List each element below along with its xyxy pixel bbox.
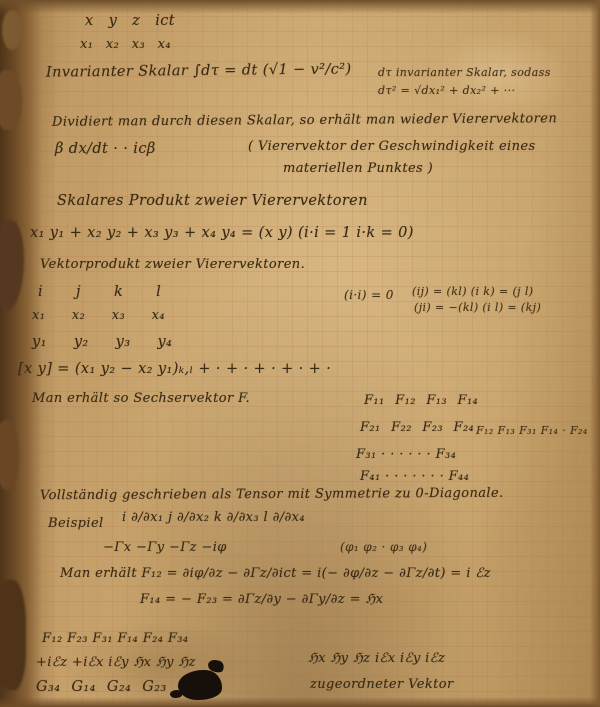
row-potential-components: −Γx −Γy −Γz −iφ bbox=[103, 540, 227, 555]
eq-differential-operators: i ∂/∂x₁ j ∂/∂x₂ k ∂/∂x₃ l ∂/∂x₄ bbox=[122, 510, 305, 525]
page-edge-top bbox=[0, 0, 600, 14]
line-beta-velocity: β dx/dt · · icβ bbox=[55, 141, 156, 157]
torn-edge-patch bbox=[0, 580, 26, 690]
note-four-velocity-2: materiellen Punktes ) bbox=[283, 161, 433, 176]
eq-f12: Man erhält F₁₂ = ∂iφ/∂z − ∂Γz/∂ict = i(−… bbox=[60, 566, 491, 581]
tensor-row-2-extra: F₁₂ F₁₃ F₃₁ F₁₄ · F₂₄ bbox=[476, 424, 588, 437]
line-coordinates-indexed: x₁ x₂ x₃ x₄ bbox=[80, 37, 171, 52]
side-note-invariant-1: dτ invarianter Skalar, sodass bbox=[378, 66, 551, 79]
line-divide-by-scalar: Dividiert man durch diesen Skalar, so er… bbox=[52, 111, 557, 130]
row-field-components: +iℰz +iℰx iℰy ℌx ℌy ℌz bbox=[36, 655, 196, 670]
rule-unit-product-2: (ij) = (kl) (i k) = (j l) bbox=[412, 285, 533, 298]
row-basis-units: i j k l bbox=[38, 284, 161, 300]
eq-bracket-product: [x y] = (x₁ y₂ − x₂ y₁)ₖ,ₗ + · + · + · +… bbox=[18, 361, 331, 377]
tensor-row-1: F₁₁ F₁₂ F₁₃ F₁₄ bbox=[364, 393, 478, 408]
eq-f14: F₁₄ = − F₂₃ = ∂Γz/∂y − ∂Γy/∂z = ℌx bbox=[140, 592, 383, 607]
side-note-invariant-2: dτ² = √dx₁² + dx₂² + ··· bbox=[378, 84, 515, 97]
tuple-phi: (φ₁ φ₂ · φ₃ φ₄) bbox=[340, 540, 427, 554]
label-beispiel: Beispiel bbox=[48, 516, 104, 531]
row-x-components: x₁ x₂ x₃ x₄ bbox=[32, 308, 165, 323]
note-four-velocity-1: ( Vierervektor der Geschwindigkeit eines bbox=[248, 139, 536, 154]
line-tensor-symmetry: Vollständig geschrieben als Tensor mit S… bbox=[40, 486, 504, 503]
row-y-components: y₁ y₂ y₃ y₄ bbox=[32, 334, 172, 350]
line-invariant-scalar: Invarianter Skalar ∫dτ = dt (√1 − v²/c²) bbox=[46, 61, 352, 80]
page-edge-right bbox=[590, 0, 600, 707]
row-associated-vector: ℌx ℌy ℌz iℰx iℰy iℰz bbox=[308, 651, 445, 666]
ink-blot bbox=[170, 690, 182, 698]
row-six-components: F₁₂ F₂₃ F₃₁ F₁₄ F₂₄ F₃₄ bbox=[42, 631, 189, 646]
ink-blot bbox=[178, 670, 222, 700]
rule-unit-product-3: (ji) = −(kl) (i l) = (kj) bbox=[414, 301, 541, 314]
tensor-row-3: F₃₁ · · · · · · F₃₄ bbox=[356, 447, 456, 462]
heading-scalar-product: Skalares Produkt zweier Vierervektoren bbox=[57, 193, 368, 209]
eq-scalar-product: x₁ y₁ + x₂ y₂ + x₃ y₃ + x₄ y₄ = (x y) (i… bbox=[30, 225, 414, 241]
tensor-row-2: F₂₁ F₂₂ F₂₃ F₂₄ bbox=[360, 420, 474, 435]
line-coordinates: x y z ict bbox=[85, 13, 175, 29]
label-associated-vector: zugeordneter Vektor bbox=[310, 677, 454, 692]
tensor-row-4: F₄₁ · · · · · · · F₄₄ bbox=[360, 469, 469, 484]
manuscript-page: x y z ict x₁ x₂ x₃ x₄ Invarianter Skalar… bbox=[0, 0, 600, 707]
rule-unit-product-1: (i·i) = 0 bbox=[344, 288, 394, 302]
heading-vector-product: Vektorprodukt zweier Vierervektoren. bbox=[40, 257, 305, 272]
page-edge-bottom bbox=[0, 697, 600, 707]
torn-edge-patch bbox=[2, 10, 22, 50]
line-sechservektor: Man erhält so Sechservektor F. bbox=[32, 391, 250, 406]
